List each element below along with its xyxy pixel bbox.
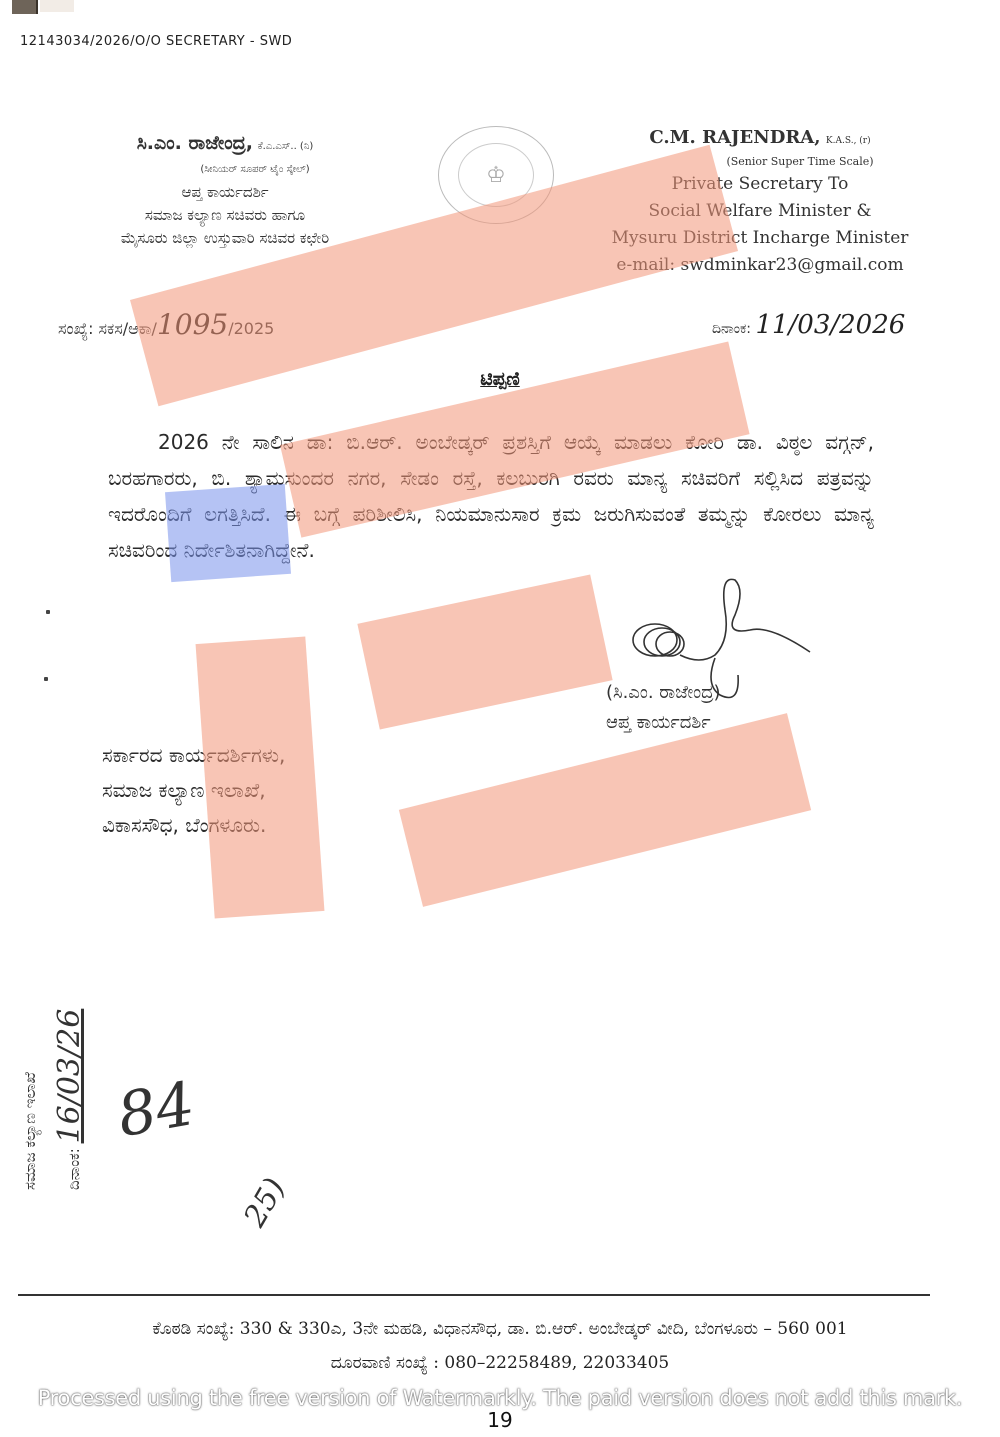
letter-date: ದಿನಾಂಕ: 11/03/2026 <box>712 310 905 340</box>
signatory-name: (ಸಿ.ಎಂ. ರಾಜೇಂದ್ರ) <box>606 678 721 708</box>
overlay-band <box>357 574 612 729</box>
letterhead-english-line: Mysuru District Incharge Minister <box>590 225 930 252</box>
inward-stamp-date-line: ದಿನಾಂಕ: 16/03/26 <box>50 1009 94 1190</box>
addressee-line: ಸಮಾಜ ಕಲ್ಯಾಣ ಇಲಾಖೆ, <box>102 773 285 808</box>
letterhead-english-line: Social Welfare Minister & <box>590 198 930 225</box>
karnataka-emblem-icon: ♔ <box>438 126 554 224</box>
reference-year: /2025 <box>228 319 274 338</box>
document-title: ಟಿಪ್ಪಣಿ <box>0 368 1000 390</box>
letterhead-english-line: Private Secretary To <box>590 171 930 198</box>
handwritten-note: 25) <box>237 1172 292 1233</box>
addressee-line: ವಿಕಾಸಸೌಧ, ಬೆಂಗಳೂರು. <box>102 808 285 843</box>
scan-corner-mark <box>40 0 74 12</box>
letterhead-english: C.M. RAJENDRA, K.A.S., (r) (Senior Super… <box>590 124 930 279</box>
letterhead-english-scale: (Senior Super Time Scale) <box>590 155 930 169</box>
handwritten-initials: 84 <box>113 1069 200 1151</box>
inward-stamp-date: 16/03/26 <box>52 1009 87 1144</box>
overlay-band <box>399 713 811 907</box>
letterhead-kannada-scale: (ಸೀನಿಯರ್ ಸೂಪರ್ ಟೈಂ ಸ್ಕೇಲ್) <box>55 158 395 181</box>
letterhead-english-suffix: K.A.S., (r) <box>826 136 871 146</box>
page-number: 19 <box>0 1408 1000 1432</box>
letterhead-kannada-line: ಸಮಾಜ ಕಲ್ಯಾಣ ಸಚಿವರು ಹಾಗೂ <box>55 204 395 227</box>
letterhead-email: e-mail: swdminkar23@gmail.com <box>590 252 930 279</box>
reference-label: ಸಂಖ್ಯೆ: ಸಕಸ/ಆಕಾ/ <box>58 319 157 338</box>
reference-number: ಸಂಖ್ಯೆ: ಸಕಸ/ಆಕಾ/1095/2025 <box>58 308 274 341</box>
letterhead-kannada-suffix: ಕೆ.ಎ.ಎಸ್.. (ನಿ) <box>258 141 314 152</box>
footer-block: ಕೊಠಡಿ ಸಂಖ್ಯೆ: 330 & 330ಎ, 3ನೇ ಮಹಡಿ, ವಿಧಾ… <box>0 1312 1000 1380</box>
signatory-designation: ಆಪ್ತ ಕಾರ್ಯದರ್ಶಿ <box>606 708 721 738</box>
letterhead-english-name: C.M. RAJENDRA, <box>649 127 820 148</box>
footer-phone: ದೂರವಾಣಿ ಸಂಖ್ಯೆ : 080–22258489, 22033405 <box>0 1346 1000 1380</box>
inward-stamp-text: ಸಮಾಜ ಕಲ್ಯಾಣ ಇಲಾಖೆ ದಿನಾಂಕ: 16/03/26 <box>10 1009 94 1190</box>
signatory-block: (ಸಿ.ಎಂ. ರಾಜೇಂದ್ರ) ಆಪ್ತ ಕಾರ್ಯದರ್ಶಿ <box>606 678 721 738</box>
addressee-line: ಸರ್ಕಾರದ ಕಾರ್ಯದರ್ಶಿಗಳು, <box>102 738 285 773</box>
letterhead-kannada-name-line: ಸಿ.ಎಂ. ರಾಜೇಂದ್ರ, ಕೆ.ಎ.ಎಸ್.. (ನಿ) <box>55 132 395 158</box>
footer-address: ಕೊಠಡಿ ಸಂಖ್ಯೆ: 330 & 330ಎ, 3ನೇ ಮಹಡಿ, ವಿಧಾ… <box>0 1312 1000 1346</box>
date-handwritten: 11/03/2026 <box>755 310 905 340</box>
inward-stamp-department: ಸಮಾಜ ಕಲ್ಯಾಣ ಇಲಾಖೆ <box>10 1009 50 1190</box>
date-label: ದಿನಾಂಕ: <box>712 321 751 337</box>
letterhead-kannada: ಸಿ.ಎಂ. ರಾಜೇಂದ್ರ, ಕೆ.ಎ.ಎಸ್.. (ನಿ) (ಸೀನಿಯರ… <box>55 132 395 250</box>
footer-divider <box>18 1294 930 1296</box>
inward-stamp: ಸಮಾಜ ಕಲ್ಯಾಣ ಇಲಾಖೆ ದಿನಾಂಕ: 16/03/26 <box>10 920 100 1190</box>
emblem-inner-icon: ♔ <box>458 143 534 207</box>
letterhead-kannada-line: ಮೈಸೂರು ಜಿಲ್ಲಾ ಉಸ್ತುವಾರಿ ಸಚಿವರ ಕಛೇರಿ <box>55 227 395 250</box>
letterhead-kannada-name: ಸಿ.ಎಂ. ರಾಜೇಂದ್ರ, <box>137 132 253 154</box>
scan-speck <box>46 610 50 614</box>
scan-speck <box>44 677 48 681</box>
watermark-text: Processed using the free version of Wate… <box>0 1386 1000 1410</box>
inward-stamp-date-label: ದಿನಾಂಕ: <box>65 1148 83 1190</box>
letterhead-kannada-line: ಆಪ್ತ ಕಾರ್ಯದರ್ಶಿ <box>55 181 395 204</box>
scan-corner-mark <box>12 0 38 14</box>
body-paragraph: 2026 ನೇ ಸಾಲಿನ ಡಾ: ಬಿ.ಆರ್. ಅಂಬೇಡ್ಕರ್ ಪ್ರಶ… <box>108 424 874 568</box>
letterhead-english-name-line: C.M. RAJENDRA, K.A.S., (r) <box>590 124 930 155</box>
file-reference: 12143034/2026/O/O SECRETARY - SWD <box>20 34 292 49</box>
addressee-block: ಸರ್ಕಾರದ ಕಾರ್ಯದರ್ಶಿಗಳು, ಸಮಾಜ ಕಲ್ಯಾಣ ಇಲಾಖೆ… <box>102 738 285 843</box>
reference-handwritten-number: 1095 <box>157 308 228 341</box>
